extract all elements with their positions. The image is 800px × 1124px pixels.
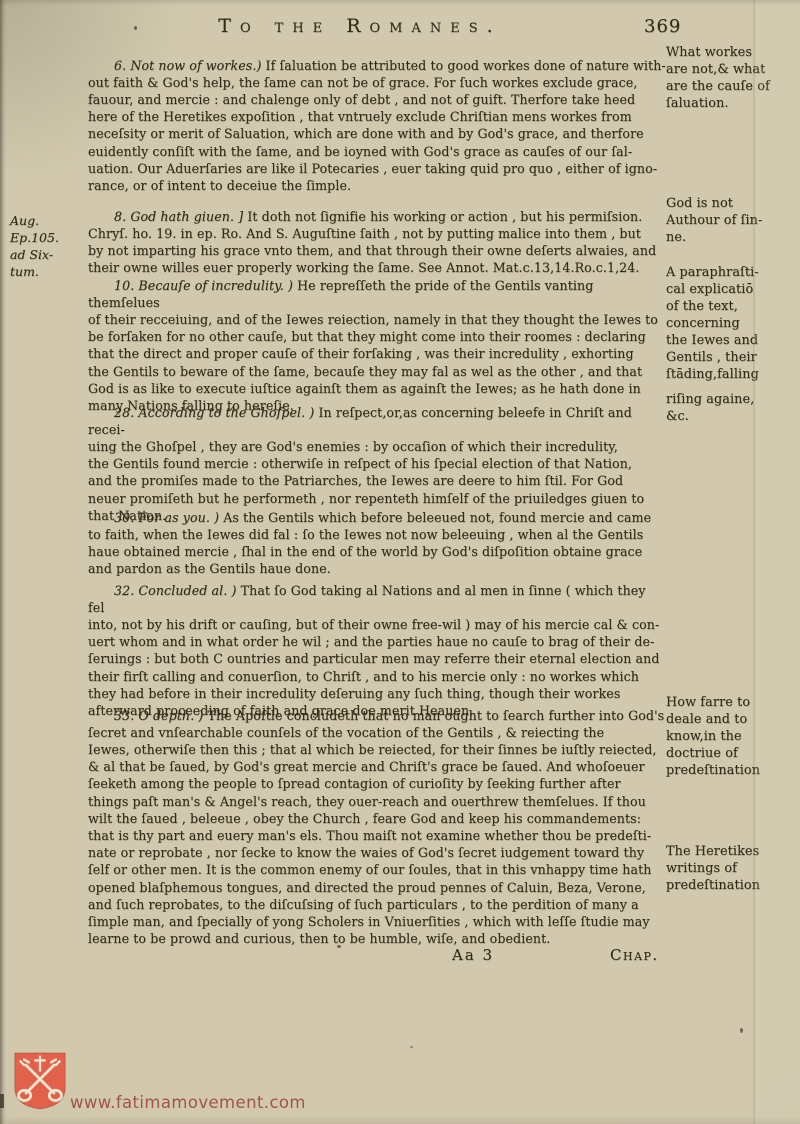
- paragraph-6-text: If ſaluation be attributed to good worke…: [88, 58, 666, 193]
- paragraph-10-lead: 10. Becauſe of incredulity. ): [114, 278, 293, 293]
- printer-signature: Aa 3: [452, 946, 494, 964]
- paragraph-28-lead: 28. According to the Ghoſpel. ): [114, 405, 314, 420]
- paragraph-30-lead: 30. For as you. ): [114, 510, 219, 525]
- catchword: Chap.: [610, 946, 659, 964]
- scanned-book-page: To the Romanes. 369 6. Not now of workes…: [0, 0, 800, 1124]
- paper-right-band: [755, 0, 800, 1124]
- annotation-paragraph-33: 33. O depth. ) The Apoſtle concludeth th…: [88, 707, 666, 948]
- annotation-paragraph-30: 30. For as you. ) As the Gentils which b…: [88, 509, 666, 578]
- left-margin-note-citation: Aug. Ep.105. ad Six- tum.: [10, 212, 84, 280]
- paper-speck: [337, 945, 341, 948]
- paper-speck: [134, 26, 137, 30]
- annotation-paragraph-6: 6. Not now of workes.) If ſaluation be a…: [88, 57, 666, 195]
- paragraph-6-lead: 6. Not now of workes.): [114, 58, 261, 73]
- paragraph-33-lead: 33. O depth. ): [114, 708, 203, 723]
- annotation-paragraph-8: 8. God hath giuen. ] It doth not ſignifi…: [88, 208, 666, 277]
- paper-speck: [410, 1046, 413, 1048]
- annotation-paragraph-10: 10. Becauſe of incredulity. ) He repreſſ…: [88, 277, 666, 415]
- paragraph-8-lead: 8. God hath giuen. ]: [114, 209, 243, 224]
- running-header-title: To the Romanes.: [140, 15, 580, 37]
- page-number: 369: [644, 16, 681, 37]
- paragraph-28-text: In reſpect,or,as concerning beleefe in C…: [88, 405, 644, 523]
- paper-speck: [740, 1028, 743, 1033]
- annotation-paragraph-32: 32. Concluded al. ) That ſo God taking a…: [88, 582, 666, 720]
- paragraph-33-text: The Apoſtle concludeth that no man ought…: [88, 708, 664, 947]
- annotation-paragraph-28: 28. According to the Ghoſpel. ) In reſpe…: [88, 404, 666, 524]
- paragraph-32-text: That ſo God taking al Nations and al men…: [88, 583, 660, 718]
- watermark-url-text: www.fatimamovement.com: [70, 1093, 306, 1112]
- crossed-keys-shield-icon: [12, 1050, 68, 1112]
- paragraph-32-lead: 32. Concluded al. ): [114, 583, 237, 598]
- scan-left-edge-shadow: [0, 0, 6, 1124]
- paragraph-10-text: He repreſſeth the pride of the Gentils v…: [88, 278, 658, 413]
